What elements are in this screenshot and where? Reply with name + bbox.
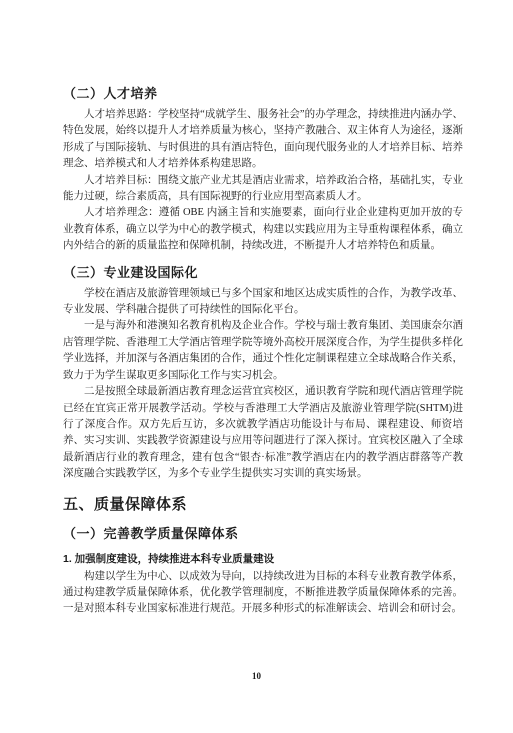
section-heading-improve-quality-system: （一）完善教学质量保障体系 <box>63 524 463 544</box>
section-heading-internationalization: （三）专业建设国际化 <box>63 263 463 283</box>
section-heading-talent-cultivation: （二）人才培养 <box>63 84 463 104</box>
page-content: （二）人才培养 人才培养思路：学校坚持“成就学生、服务社会”的办学理念，持续推进… <box>63 84 463 618</box>
paragraph-overseas-cooperation: 一是与海外和港澳知名教育机构及企业合作。学校与瑞士教育集团、美国康奈尔酒店管理学… <box>63 318 463 384</box>
paragraph-international-platform: 学校在酒店及旅游管理领域已与多个国家和地区达成实质性的合作，为教学改革、专业发展… <box>63 286 463 319</box>
item-heading-institution-building: 1. 加强制度建设，持续推进本科专业质量建设 <box>63 551 463 567</box>
page-number: 10 <box>0 671 513 681</box>
paragraph-talent-approach: 人才培养思路：学校坚持“成就学生、服务社会”的办学理念，持续推进内涵办学、特色发… <box>63 107 463 173</box>
paragraph-talent-goal: 人才培养目标：围绕文旅产业尤其是酒店业需求，培养政治合格，基础扎实，专业能力过硬… <box>63 173 463 206</box>
paragraph-institution-building: 构建以学生为中心、以成效为导向，以持续改进为目标的本科专业教育教学体系，通过构建… <box>63 569 463 618</box>
chapter-heading-quality-assurance: 五、质量保障体系 <box>63 494 463 516</box>
paragraph-talent-philosophy: 人才培养理念：遵循 OBE 内涵主旨和实施要素，面向行业企业建构更加开放的专业教… <box>63 205 463 254</box>
paragraph-yibin-campus: 二是按照全球最新酒店教育理念运营宜宾校区，通识教育学院和现代酒店管理学院已经在宜… <box>63 384 463 482</box>
document-page: （二）人才培养 人才培养思路：学校坚持“成就学生、服务社会”的办学理念，持续推进… <box>0 0 513 733</box>
